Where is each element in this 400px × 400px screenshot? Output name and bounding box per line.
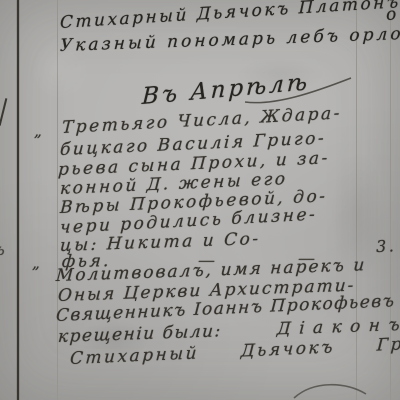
entry-margin-quote-1: „	[34, 122, 44, 140]
metrical-book-scan: ъ Стихарный Дьячокъ Платонъ о Указный по…	[0, 0, 400, 400]
heading-flourish	[245, 76, 355, 106]
entry-margin-quote-2: „	[32, 254, 42, 272]
left-edge-partial-character: ъ	[0, 240, 7, 259]
left-edge-ink-stroke	[0, 98, 7, 126]
header-edge-partial-letter: о	[385, 4, 399, 25]
tally-count-number: 3.	[376, 236, 397, 256]
column-rule-dark-left	[17, 0, 19, 400]
bottom-edge-partial-stroke	[288, 378, 372, 400]
